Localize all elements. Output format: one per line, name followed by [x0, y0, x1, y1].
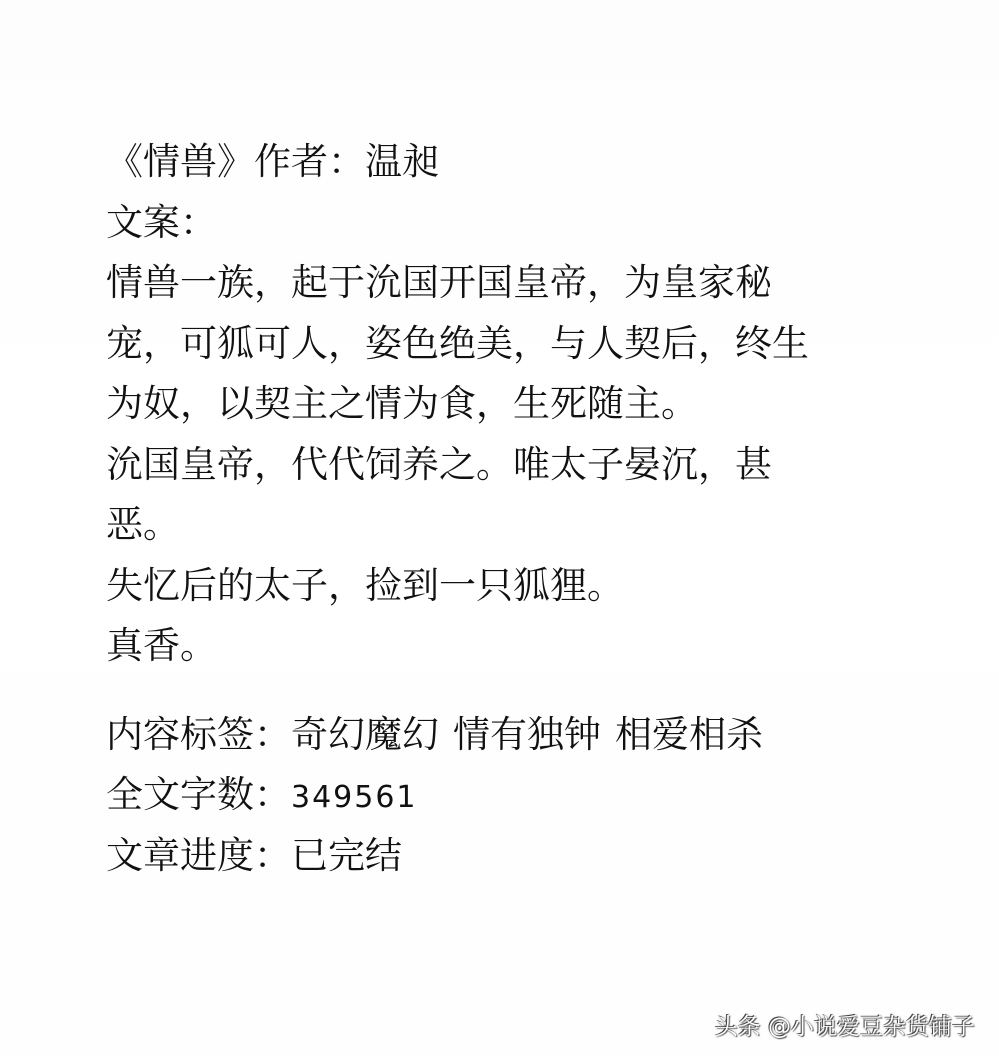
content-tags-row: 内容标签：奇幻魔幻情有独钟相爱相杀 — [106, 705, 906, 766]
progress-separator: ： — [254, 834, 291, 877]
synopsis-body: 情兽一族，起于沇国开国皇帝，为皇家秘 宠，可狐可人，姿色绝美，与人契后，终生 为… — [106, 253, 906, 677]
word-count-separator: ： — [254, 773, 291, 816]
document-page: 《情兽》作者：温昶 文案： 情兽一族，起于沇国开国皇帝，为皇家秘 宠，可狐可人，… — [0, 0, 999, 1056]
synopsis-label: 文案： — [106, 193, 906, 254]
progress-value: 已完结 — [291, 834, 402, 877]
synopsis-line: 宠，可狐可人，姿色绝美，与人契后，终生 — [106, 314, 906, 375]
tag: 奇幻魔幻 — [291, 713, 439, 756]
book-info: 《情兽》作者：温昶 文案： 情兽一族，起于沇国开国皇帝，为皇家秘 宠，可狐可人，… — [106, 132, 906, 886]
synopsis-line: 沇国皇帝，代代饲养之。唯太子晏沉，甚 — [106, 435, 906, 496]
synopsis-line: 情兽一族，起于沇国开国皇帝，为皇家秘 — [106, 253, 906, 314]
synopsis-line: 失忆后的太子，捡到一只狐狸。 — [106, 556, 906, 617]
word-count-label: 全文字数 — [106, 773, 254, 816]
synopsis-line: 恶。 — [106, 495, 906, 556]
word-count-row: 全文字数：349561 — [106, 765, 906, 826]
progress-label: 文章进度 — [106, 834, 254, 877]
synopsis-line: 为奴，以契主之情为食，生死随主。 — [106, 374, 906, 435]
tags-label: 内容标签 — [106, 713, 254, 756]
author-separator: ： — [328, 140, 365, 183]
synopsis-line: 真香。 — [106, 616, 906, 677]
title-line: 《情兽》作者：温昶 — [106, 132, 906, 193]
book-title: 《情兽》 — [106, 140, 254, 183]
section-gap — [106, 677, 906, 705]
tag: 情有独钟 — [453, 713, 601, 756]
tag: 相爱相杀 — [615, 713, 763, 756]
watermark: 头条 @小说爱豆杂货铺子 — [715, 1008, 975, 1041]
author-name: 温昶 — [365, 140, 439, 183]
progress-row: 文章进度：已完结 — [106, 826, 906, 887]
word-count-value: 349561 — [291, 780, 418, 815]
tags-separator: ： — [254, 713, 291, 756]
author-label: 作者 — [254, 140, 328, 183]
